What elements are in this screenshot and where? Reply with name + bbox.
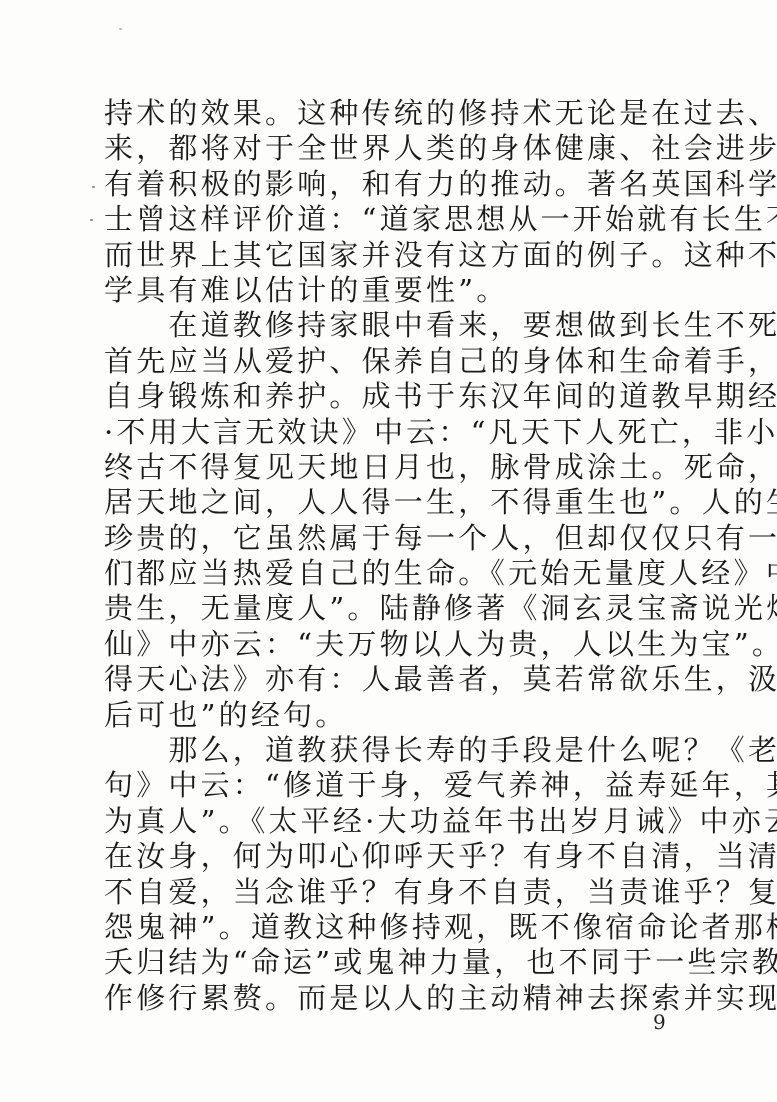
- body-text: 持术的效果。这种传统的修持术无论是在过去、现在还是未 来，都将对于全世界人类的身…: [104, 96, 696, 1016]
- text-line-6: 学具有难以估计的重要性”。: [104, 273, 696, 308]
- text-line-8: 首先应当从爱护、保养自己的身体和生命着手，注意现实的: [104, 344, 696, 379]
- text-line-25: 夭归结为“命运”或鬼神力量，也不同于一些宗教将肉体视: [104, 945, 696, 980]
- text-line-23: 不自爱，当念谁乎？有身不自责，当责谁乎？复思此言，无: [104, 875, 696, 910]
- text-line-3: 有着积极的影响，和有力的推动。著名英国科学家李约瑟博: [104, 167, 696, 202]
- text-line-16: 仙》中亦云：“夫万物以人为贵，人以生为宝”。《太平经·乐: [104, 627, 696, 662]
- text-line-14: 们都应当热爱自己的生命。《元始无量度人经》中云：“仙道: [104, 556, 696, 591]
- scan-speck: [90, 219, 93, 221]
- text-line-11: 终古不得复见天地日月也，脉骨成涂土。死命，重事也。人: [104, 450, 696, 485]
- book-page: 持术的效果。这种传统的修持术无论是在过去、现在还是未 来，都将对于全世界人类的身…: [0, 0, 777, 1102]
- text-line-10: ·不用大言无效诀》中云：“凡天下人死亡，非小事也。一死，: [104, 415, 696, 450]
- text-line-21: 为真人”。《太平经·大功益年书出岁月诫》中亦云：“人命近: [104, 804, 696, 839]
- text-line-13: 珍贵的，它虽然属于每一个人，但却仅仅只有一次。所以人: [104, 521, 696, 556]
- text-line-22: 在汝身，何为叩心仰呼天乎？有身不自清，当清谁乎？有身: [104, 839, 696, 874]
- text-line-26: 作修行累赘。而是以人的主动精神去探索并实现人类的健康: [104, 981, 696, 1016]
- scan-speck: [92, 186, 95, 188]
- text-line-12: 居天地之间，人人得一生，不得重生也”。人的生命，是最为: [104, 485, 696, 520]
- text-line-9: 自身锻炼和养护。成书于东汉年间的道教早期经典《太平经: [104, 379, 696, 414]
- text-line-2: 来，都将对于全世界人类的身体健康、社会进步、繁荣富强: [104, 131, 696, 166]
- text-line-19: 那么，道教获得长寿的手段是什么呢？《老子河上公章: [104, 733, 696, 768]
- scan-speck: [119, 28, 122, 30]
- page-number: 9: [653, 1010, 666, 1034]
- text-line-20: 句》中云：“修道于身，爱气养神，益寿延年，其法如是，乃: [104, 768, 696, 803]
- text-line-5: 而世界上其它国家并没有这方面的例子。这种不死思想对科: [104, 238, 696, 273]
- text-line-4: 士曾这样评价道：“道家思想从一开始就有长生不死的概念，: [104, 202, 696, 237]
- text-line-1: 持术的效果。这种传统的修持术无论是在过去、现在还是未: [104, 96, 696, 131]
- text-line-24: 怨鬼神”。道教这种修持观，既不像宿命论者那样将生命的寿: [104, 910, 696, 945]
- text-line-17: 得天心法》亦有：人最善者，莫若常欲乐生，汲汲若渴，乃: [104, 662, 696, 697]
- text-line-18: 后可也”的经句。: [104, 698, 696, 733]
- text-line-7: 在道教修持家眼中看来，要想做到长生不死，肉体成仙，: [104, 308, 696, 343]
- text-line-15: 贵生，无量度人”。陆静修著《洞玄灵宝斋说光烛戒罚灯祝愿: [104, 591, 696, 626]
